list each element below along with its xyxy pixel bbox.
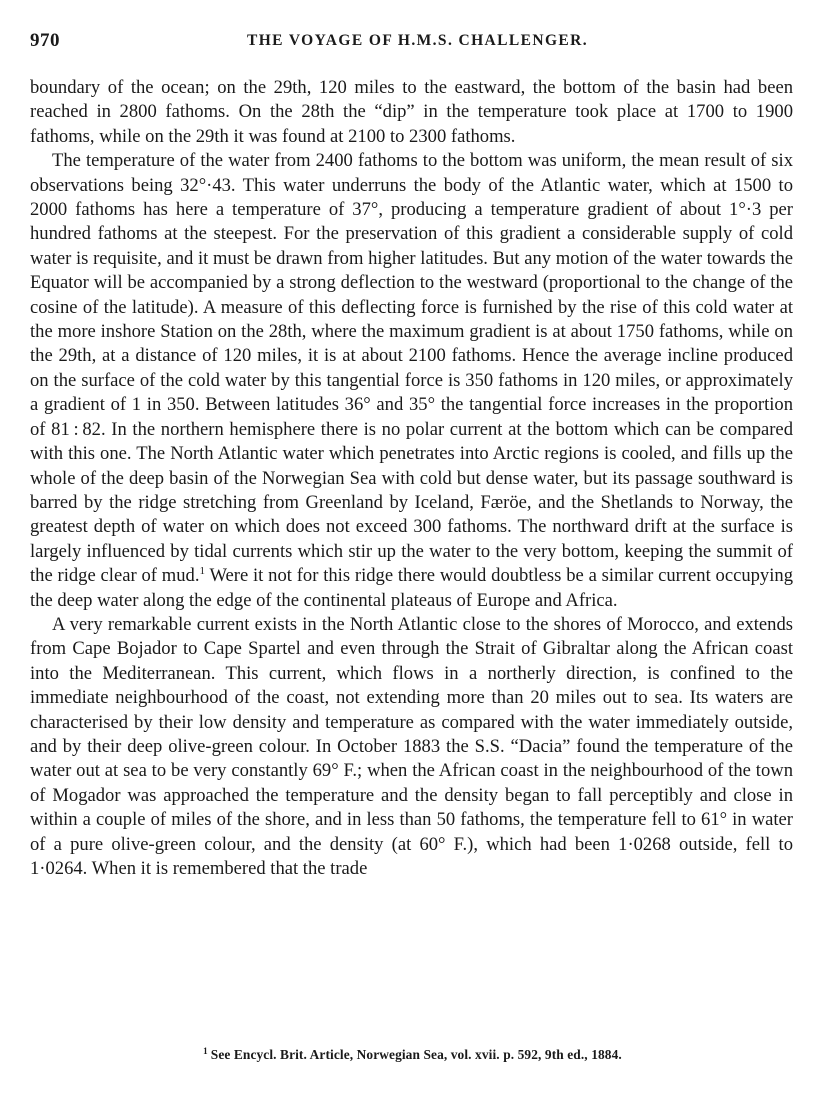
paragraph-2-text: The temperature of the water from 2400 f… [30, 150, 793, 586]
paragraph-2: The temperature of the water from 2400 f… [30, 149, 793, 613]
body-text: boundary of the ocean; on the 29th, 120 … [30, 76, 793, 881]
footnote-mark: 1 [203, 1046, 208, 1056]
book-page: 970 THE VOYAGE OF H.M.S. CHALLENGER. bou… [0, 0, 825, 1100]
footnote: 1See Encycl. Brit. Article, Norwegian Se… [0, 1047, 825, 1063]
paragraph-3: A very remarkable current exists in the … [30, 613, 793, 881]
footnote-text: See Encycl. Brit. Article, Norwegian Sea… [211, 1047, 622, 1062]
paragraph-1: boundary of the ocean; on the 29th, 120 … [30, 76, 793, 149]
running-head: 970 THE VOYAGE OF H.M.S. CHALLENGER. [30, 30, 795, 52]
running-title: THE VOYAGE OF H.M.S. CHALLENGER. [30, 32, 795, 50]
